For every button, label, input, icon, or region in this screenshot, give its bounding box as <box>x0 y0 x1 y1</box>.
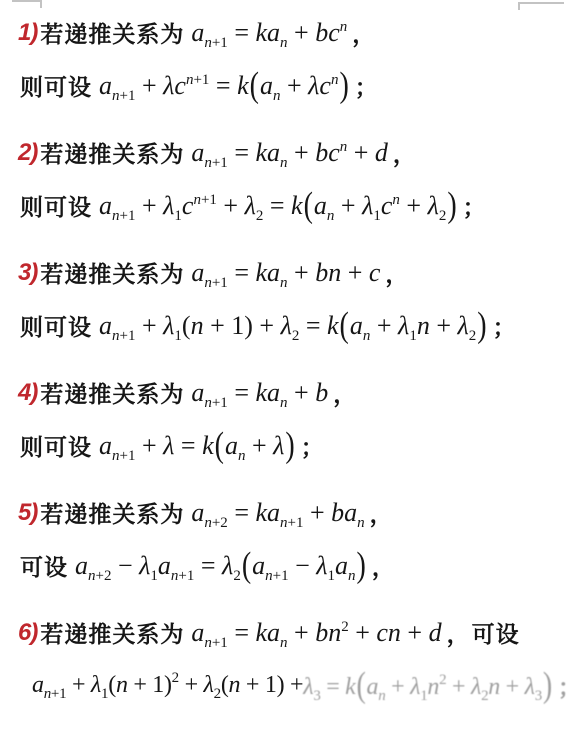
formula-line: 则可设an+1 + λ1cn+1 + λ2 = k(an + λ1cn + λ2… <box>18 179 570 232</box>
punctuation: ， <box>447 616 470 649</box>
chinese-text: 可设 <box>472 616 520 649</box>
chinese-text: 则可设 <box>20 309 92 342</box>
formula-line: 6)若递推关系为an+1 = kan + bn2 + cn + d，可设 <box>18 606 570 659</box>
item-number: 6) <box>18 619 37 647</box>
math-expression: an+1 + λ1cn+1 + λ2 = k(an + λ1cn + λ2) <box>99 190 458 222</box>
formula-line: 4)若递推关系为an+1 = kan + b， <box>18 366 570 419</box>
formula-line: 则可设an+1 + λ = k(an + λ)； <box>18 419 570 472</box>
chinese-text: 若递推关系为 <box>40 16 184 49</box>
punctuation: ； <box>301 429 324 462</box>
math-expression: an+1 = kan + bcn + d <box>191 138 388 168</box>
punctuation: ， <box>333 376 356 409</box>
math-expression: an+1 = kan + b <box>191 378 328 408</box>
punctuation: ， <box>370 496 393 529</box>
chinese-text: 可设 <box>20 549 68 582</box>
punctuation: ， <box>393 136 416 169</box>
math-expression: an+1 = kan + bn2 + cn + d <box>191 618 441 648</box>
punctuation: ； <box>493 309 516 342</box>
formula-line: 2)若递推关系为an+1 = kan + bcn + d， <box>18 126 570 179</box>
formula-line: an+1 + λ1(n + 1)2 + λ2(n + 1) + λ3 = k(a… <box>18 659 570 712</box>
formula-line: 5)若递推关系为an+2 = kan+1 + ban， <box>18 486 570 539</box>
math-expression: an+1 + λcn+1 = k(an + λcn) <box>99 70 350 102</box>
math-expression: λ3 = k(an + λ1n2 + λ2n + λ3) <box>303 670 553 702</box>
formula-line: 则可设an+1 + λ1(n + 1) + λ2 = k(an + λ1n + … <box>18 299 570 352</box>
math-expression: an+1 + λ1(n + 1)2 + λ2(n + 1) + <box>32 672 303 699</box>
punctuation: ； <box>463 189 486 222</box>
recurrence-item-3: 3)若递推关系为an+1 = kan + bn + c，则可设an+1 + λ1… <box>18 246 570 352</box>
punctuation: ， <box>372 549 395 582</box>
chinese-text: 若递推关系为 <box>40 256 184 289</box>
punctuation: ； <box>355 69 378 102</box>
item-number: 2) <box>18 139 37 167</box>
math-expression: an+1 = kan + bn + c <box>191 258 380 288</box>
item-number: 4) <box>18 379 37 407</box>
math-expression: an+2 − λ1an+1 = λ2(an+1 − λ1an) <box>75 550 367 582</box>
formula-line: 可设an+2 − λ1an+1 = λ2(an+1 − λ1an)， <box>18 539 570 592</box>
item-number: 1) <box>18 19 37 47</box>
formula-line: 1)若递推关系为an+1 = kan + bcn， <box>18 6 570 59</box>
punctuation: ， <box>352 16 375 49</box>
math-expression: an+1 + λ1(n + 1) + λ2 = k(an + λ1n + λ2) <box>99 310 488 342</box>
formula-line: 则可设an+1 + λcn+1 = k(an + λcn)； <box>18 59 570 112</box>
chinese-text: 若递推关系为 <box>40 376 184 409</box>
recurrence-item-2: 2)若递推关系为an+1 = kan + bcn + d，则可设an+1 + λ… <box>18 126 570 232</box>
recurrence-item-5: 5)若递推关系为an+2 = kan+1 + ban，可设an+2 − λ1an… <box>18 486 570 592</box>
math-expression: an+1 + λ = k(an + λ) <box>99 430 296 462</box>
item-number: 5) <box>18 499 37 527</box>
formula-list: 1)若递推关系为an+1 = kan + bcn，则可设an+1 + λcn+1… <box>0 0 574 712</box>
chinese-text: 则可设 <box>20 69 92 102</box>
table-corner-mark-right <box>518 2 564 10</box>
chinese-text: 若递推关系为 <box>40 496 184 529</box>
table-corner-mark-left <box>12 0 42 8</box>
chinese-text: 则可设 <box>20 429 92 462</box>
formula-line: 3)若递推关系为an+1 = kan + bn + c， <box>18 246 570 299</box>
item-number: 3) <box>18 259 37 287</box>
chinese-text: 则可设 <box>20 189 92 222</box>
recurrence-item-4: 4)若递推关系为an+1 = kan + b，则可设an+1 + λ = k(a… <box>18 366 570 472</box>
page: { "colors": { "red": "#c0272d", "ink": "… <box>0 0 574 735</box>
math-expression: an+1 = kan + bcn <box>191 18 347 48</box>
recurrence-item-6: 6)若递推关系为an+1 = kan + bn2 + cn + d，可设an+1… <box>18 606 570 712</box>
chinese-text: 若递推关系为 <box>40 616 184 649</box>
recurrence-item-1: 1)若递推关系为an+1 = kan + bcn，则可设an+1 + λcn+1… <box>18 6 570 112</box>
math-expression: an+2 = kan+1 + ban <box>191 498 364 528</box>
chinese-text: 若递推关系为 <box>40 136 184 169</box>
punctuation: ； <box>558 669 574 702</box>
punctuation: ， <box>385 256 408 289</box>
